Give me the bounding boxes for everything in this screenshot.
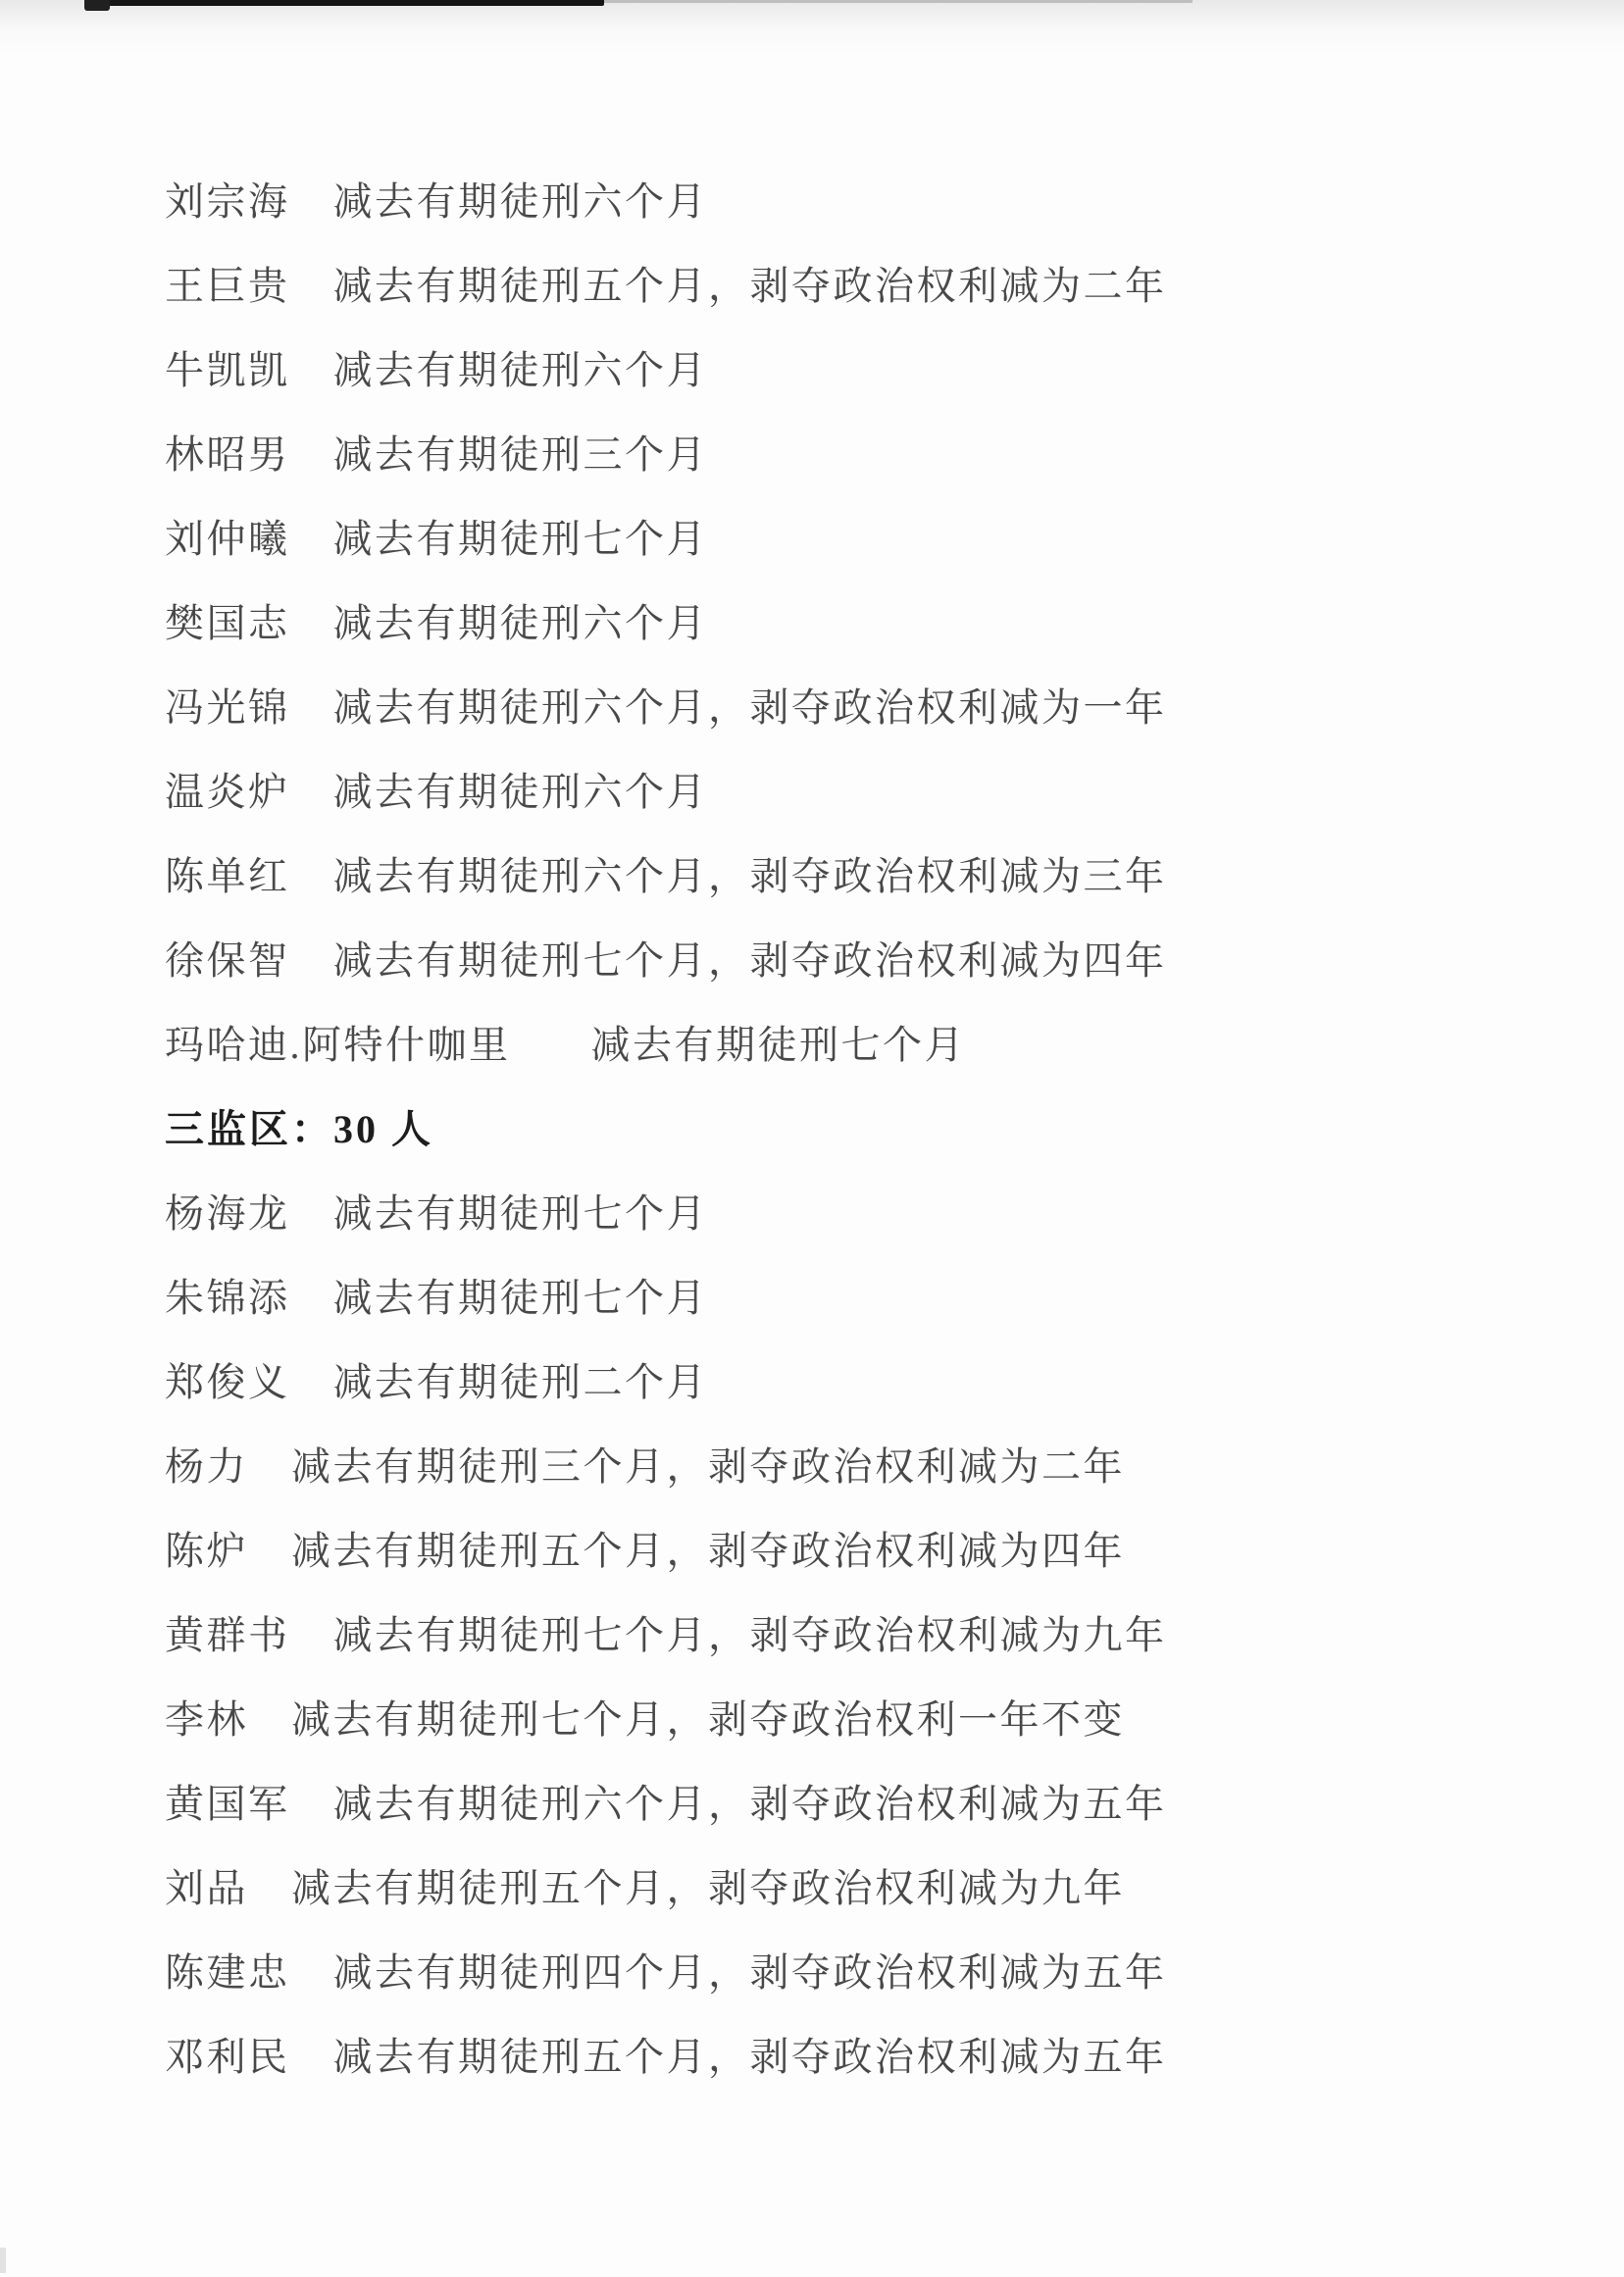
prisoner-name: 郑俊义 <box>165 1351 290 1407</box>
scan-artifact-light-bar <box>604 0 1193 3</box>
list-item: 朱锦添 减去有期徒刑七个月 <box>165 1252 1565 1337</box>
prisoner-name: 刘仲曦 <box>165 508 290 564</box>
list-item: 邓利民 减去有期徒刑五个月，剥夺政治权利减为五年 <box>165 2011 1565 2096</box>
prisoner-name: 邓利民 <box>165 2026 290 2082</box>
list-item: 温炎炉 减去有期徒刑六个月 <box>165 746 1565 831</box>
list-item: 陈单红 减去有期徒刑六个月，剥夺政治权利减为三年 <box>165 831 1565 915</box>
scan-artifact-left-mark <box>0 2248 6 2273</box>
sentence-reduction-text: 减去有期徒刑六个月 <box>333 171 709 227</box>
sentence-reduction-text: 减去有期徒刑六个月，剥夺政治权利减为一年 <box>333 677 1167 733</box>
scanned-document-page: 刘宗海 减去有期徒刑六个月 王巨贵 减去有期徒刑五个月，剥夺政治权利减为二年 牛… <box>0 0 1624 2277</box>
prisoner-name: 刘品 <box>165 1857 248 1913</box>
sentence-reduction-text: 减去有期徒刑三个月，剥夺政治权利减为二年 <box>291 1436 1125 1492</box>
sentence-reduction-text: 减去有期徒刑七个月 <box>333 1183 709 1239</box>
prisoner-name: 刘宗海 <box>165 171 290 227</box>
scan-noise-band <box>0 0 1624 57</box>
section-header: 三监区：30 人 <box>165 1084 1565 1168</box>
prisoner-name: 李林 <box>165 1689 248 1745</box>
sentence-reduction-text: 减去有期徒刑五个月，剥夺政治权利减为二年 <box>333 255 1167 311</box>
list-item: 陈炉 减去有期徒刑五个月，剥夺政治权利减为四年 <box>165 1505 1565 1590</box>
prisoner-name: 王巨贵 <box>165 255 290 311</box>
prisoner-name: 黄国军 <box>165 1773 290 1829</box>
sentence-reduction-text: 减去有期徒刑六个月 <box>333 339 709 395</box>
sentence-reduction-text: 减去有期徒刑五个月，剥夺政治权利减为九年 <box>291 1857 1125 1913</box>
prisoner-name: 陈建忠 <box>165 1942 290 1998</box>
prisoner-name: 杨力 <box>165 1436 248 1492</box>
scan-artifact-bar-cap <box>84 0 110 11</box>
sentence-reduction-text: 减去有期徒刑七个月，剥夺政治权利减为九年 <box>333 1604 1167 1660</box>
sentence-reduction-text: 减去有期徒刑七个月 <box>333 508 709 564</box>
list-item: 刘宗海 减去有期徒刑六个月 <box>165 156 1565 240</box>
prisoner-name: 朱锦添 <box>165 1267 290 1323</box>
sentence-reduction-list: 刘宗海 减去有期徒刑六个月 王巨贵 减去有期徒刑五个月，剥夺政治权利减为二年 牛… <box>165 156 1565 2096</box>
sentence-reduction-text: 减去有期徒刑四个月，剥夺政治权利减为五年 <box>333 1942 1167 1998</box>
section-header-label: 三监区：30 人 <box>165 1098 433 1154</box>
list-item: 陈建忠 减去有期徒刑四个月，剥夺政治权利减为五年 <box>165 1927 1565 2011</box>
list-item: 刘品 减去有期徒刑五个月，剥夺政治权利减为九年 <box>165 1843 1565 1927</box>
list-item: 杨力 减去有期徒刑三个月，剥夺政治权利减为二年 <box>165 1421 1565 1505</box>
list-item: 樊国志 减去有期徒刑六个月 <box>165 578 1565 662</box>
list-item: 冯光锦 减去有期徒刑六个月，剥夺政治权利减为一年 <box>165 662 1565 746</box>
prisoner-name: 玛哈迪.阿特什咖里 <box>165 1014 511 1070</box>
prisoner-name: 陈炉 <box>165 1520 248 1576</box>
sentence-reduction-text: 减去有期徒刑七个月，剥夺政治权利减为四年 <box>333 930 1167 986</box>
sentence-reduction-text: 减去有期徒刑六个月 <box>333 592 709 648</box>
list-item: 郑俊义 减去有期徒刑二个月 <box>165 1337 1565 1421</box>
prisoner-name: 牛凯凯 <box>165 339 290 395</box>
prisoner-name: 樊国志 <box>165 592 290 648</box>
sentence-reduction-text: 减去有期徒刑七个月 <box>591 1014 967 1070</box>
sentence-reduction-text: 减去有期徒刑七个月，剥夺政治权利一年不变 <box>291 1689 1125 1745</box>
prisoner-name: 徐保智 <box>165 930 290 986</box>
list-item: 黄群书 减去有期徒刑七个月，剥夺政治权利减为九年 <box>165 1590 1565 1674</box>
prisoner-name: 陈单红 <box>165 845 290 901</box>
prisoner-name: 温炎炉 <box>165 761 290 817</box>
list-item: 杨海龙 减去有期徒刑七个月 <box>165 1168 1565 1252</box>
sentence-reduction-text: 减去有期徒刑五个月，剥夺政治权利减为五年 <box>333 2026 1167 2082</box>
prisoner-name: 冯光锦 <box>165 677 290 733</box>
sentence-reduction-text: 减去有期徒刑六个月 <box>333 761 709 817</box>
prisoner-name: 黄群书 <box>165 1604 290 1660</box>
list-item: 牛凯凯 减去有期徒刑六个月 <box>165 325 1565 409</box>
list-item: 王巨贵 减去有期徒刑五个月，剥夺政治权利减为二年 <box>165 240 1565 325</box>
list-item: 李林 减去有期徒刑七个月，剥夺政治权利一年不变 <box>165 1674 1565 1758</box>
sentence-reduction-text: 减去有期徒刑二个月 <box>333 1351 709 1407</box>
scan-artifact-dark-bar <box>86 0 604 6</box>
list-item: 玛哈迪.阿特什咖里 减去有期徒刑七个月 <box>165 999 1565 1084</box>
sentence-reduction-text: 减去有期徒刑六个月，剥夺政治权利减为五年 <box>333 1773 1167 1829</box>
sentence-reduction-text: 减去有期徒刑三个月 <box>333 424 709 480</box>
sentence-reduction-text: 减去有期徒刑五个月，剥夺政治权利减为四年 <box>291 1520 1125 1576</box>
list-item: 刘仲曦 减去有期徒刑七个月 <box>165 493 1565 578</box>
list-item: 黄国军 减去有期徒刑六个月，剥夺政治权利减为五年 <box>165 1758 1565 1843</box>
prisoner-name: 林昭男 <box>165 424 290 480</box>
list-item: 徐保智 减去有期徒刑七个月，剥夺政治权利减为四年 <box>165 915 1565 999</box>
sentence-reduction-text: 减去有期徒刑七个月 <box>333 1267 709 1323</box>
prisoner-name: 杨海龙 <box>165 1183 290 1239</box>
list-item: 林昭男 减去有期徒刑三个月 <box>165 409 1565 493</box>
sentence-reduction-text: 减去有期徒刑六个月，剥夺政治权利减为三年 <box>333 845 1167 901</box>
